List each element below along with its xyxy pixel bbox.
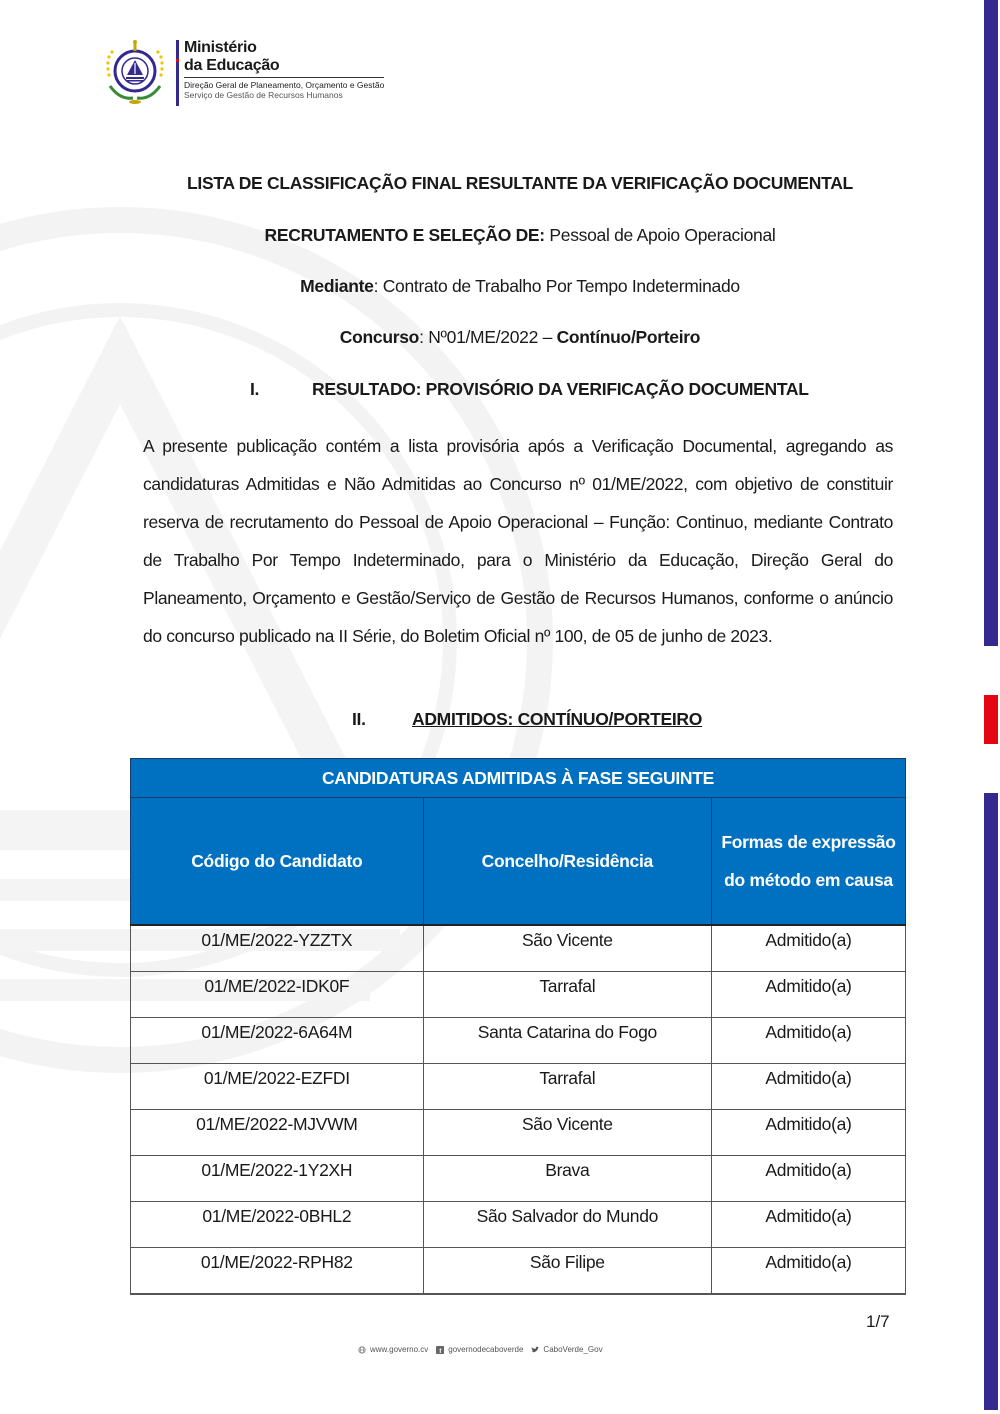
intro-paragraph: A presente publicação contém a lista pro…	[143, 428, 893, 655]
ministry-name-line1: Ministério	[184, 40, 384, 56]
cell-residence: São Filipe	[423, 1248, 711, 1295]
cell-candidate-code: 01/ME/2022-0BHL2	[131, 1202, 424, 1248]
contract-label: Mediante	[300, 276, 373, 296]
cell-residence: São Salvador do Mundo	[423, 1202, 711, 1248]
cell-candidate-code: 01/ME/2022-MJVWM	[131, 1110, 424, 1156]
table-row: 01/ME/2022-EZFDITarrafalAdmitido(a)	[131, 1064, 906, 1110]
ministry-brand: Ministério da Educação Direção Geral de …	[176, 38, 384, 106]
table-row: 01/ME/2022-MJVWMSão VicenteAdmitido(a)	[131, 1110, 906, 1156]
cell-status: Admitido(a)	[712, 925, 906, 972]
table-row: 01/ME/2022-6A64MSanta Catarina do FogoAd…	[131, 1018, 906, 1064]
recruitment-line: RECRUTAMENTO E SELEÇÃO DE: Pessoal de Ap…	[0, 225, 1000, 246]
contest-label: Concurso	[340, 327, 419, 347]
twitter-link[interactable]: CaboVerde_Gov	[543, 1345, 602, 1354]
column-header-status: Formas de expressão do método em causa	[712, 798, 906, 926]
cell-status: Admitido(a)	[712, 1110, 906, 1156]
directorate-name: Direção Geral de Planeamento, Orçamento …	[184, 81, 384, 90]
facebook-icon: f	[436, 1346, 444, 1354]
cell-candidate-code: 01/ME/2022-EZFDI	[131, 1064, 424, 1110]
cell-status: Admitido(a)	[712, 1018, 906, 1064]
cell-candidate-code: 01/ME/2022-IDK0F	[131, 972, 424, 1018]
cell-status: Admitido(a)	[712, 972, 906, 1018]
cell-candidate-code: 01/ME/2022-YZZTX	[131, 925, 424, 972]
cabo-verde-coat-of-arms-icon	[100, 38, 170, 108]
letterhead: Ministério da Educação Direção Geral de …	[100, 38, 384, 110]
contest-role: Contínuo/Porteiro	[557, 327, 701, 347]
table-row: 01/ME/2022-YZZTXSão VicenteAdmitido(a)	[131, 925, 906, 972]
side-stripe-blue-top	[984, 0, 998, 646]
section-2-title: ADMITIDOS: CONTÍNUO/PORTEIRO	[412, 709, 702, 730]
service-name: Serviço de Gestão de Recursos Humanos	[184, 91, 384, 100]
cell-residence: Tarrafal	[423, 1064, 711, 1110]
cell-residence: São Vicente	[423, 1110, 711, 1156]
globe-icon	[358, 1346, 366, 1354]
column-header-code: Código do Candidato	[131, 798, 424, 926]
side-stripe-red	[984, 695, 998, 744]
contest-line: Concurso: Nº01/ME/2022 – Contínuo/Portei…	[0, 327, 1000, 348]
section-1-title: RESULTADO: PROVISÓRIO DA VERIFICAÇÃO DOC…	[312, 379, 809, 400]
cell-residence: São Vicente	[423, 925, 711, 972]
recruitment-label: RECRUTAMENTO E SELEÇÃO DE:	[265, 225, 545, 245]
footer-links: www.governo.cv f governodecaboverde Cabo…	[358, 1345, 603, 1354]
cell-status: Admitido(a)	[712, 1248, 906, 1295]
cell-candidate-code: 01/ME/2022-1Y2XH	[131, 1156, 424, 1202]
section-2-number: II.	[352, 709, 366, 730]
cell-status: Admitido(a)	[712, 1156, 906, 1202]
section-1-number: I.	[250, 379, 259, 400]
side-stripe-blue-bottom	[984, 793, 998, 1410]
cell-residence: Tarrafal	[423, 972, 711, 1018]
table-row: 01/ME/2022-IDK0FTarrafalAdmitido(a)	[131, 972, 906, 1018]
contest-value: : Nº01/ME/2022 –	[419, 327, 556, 347]
contract-value: : Contrato de Trabalho Por Tempo Indeter…	[374, 276, 740, 296]
document-title: LISTA DE CLASSIFICAÇÃO FINAL RESULTANTE …	[0, 173, 1000, 194]
facebook-link[interactable]: governodecaboverde	[448, 1345, 523, 1354]
table-row: 01/ME/2022-RPH82São FilipeAdmitido(a)	[131, 1248, 906, 1295]
table-row: 01/ME/2022-1Y2XHBravaAdmitido(a)	[131, 1156, 906, 1202]
cell-candidate-code: 01/ME/2022-RPH82	[131, 1248, 424, 1295]
cell-residence: Santa Catarina do Fogo	[423, 1018, 711, 1064]
recruitment-value: Pessoal de Apoio Operacional	[545, 225, 776, 245]
cell-residence: Brava	[423, 1156, 711, 1202]
contract-line: Mediante: Contrato de Trabalho Por Tempo…	[0, 276, 1000, 297]
website-link[interactable]: www.governo.cv	[370, 1345, 428, 1354]
ministry-name-line2: da Educação	[184, 58, 384, 78]
cell-status: Admitido(a)	[712, 1064, 906, 1110]
page-number: 1/7	[866, 1312, 890, 1332]
column-header-residence: Concelho/Residência	[423, 798, 711, 926]
cell-status: Admitido(a)	[712, 1202, 906, 1248]
cell-candidate-code: 01/ME/2022-6A64M	[131, 1018, 424, 1064]
admitted-candidates-table: CANDIDATURAS ADMITIDAS À FASE SEGUINTE C…	[130, 758, 906, 1295]
twitter-icon	[531, 1346, 539, 1354]
table-caption: CANDIDATURAS ADMITIDAS À FASE SEGUINTE	[131, 759, 906, 798]
brand-divider	[176, 40, 179, 106]
table-row: 01/ME/2022-0BHL2São Salvador do MundoAdm…	[131, 1202, 906, 1248]
